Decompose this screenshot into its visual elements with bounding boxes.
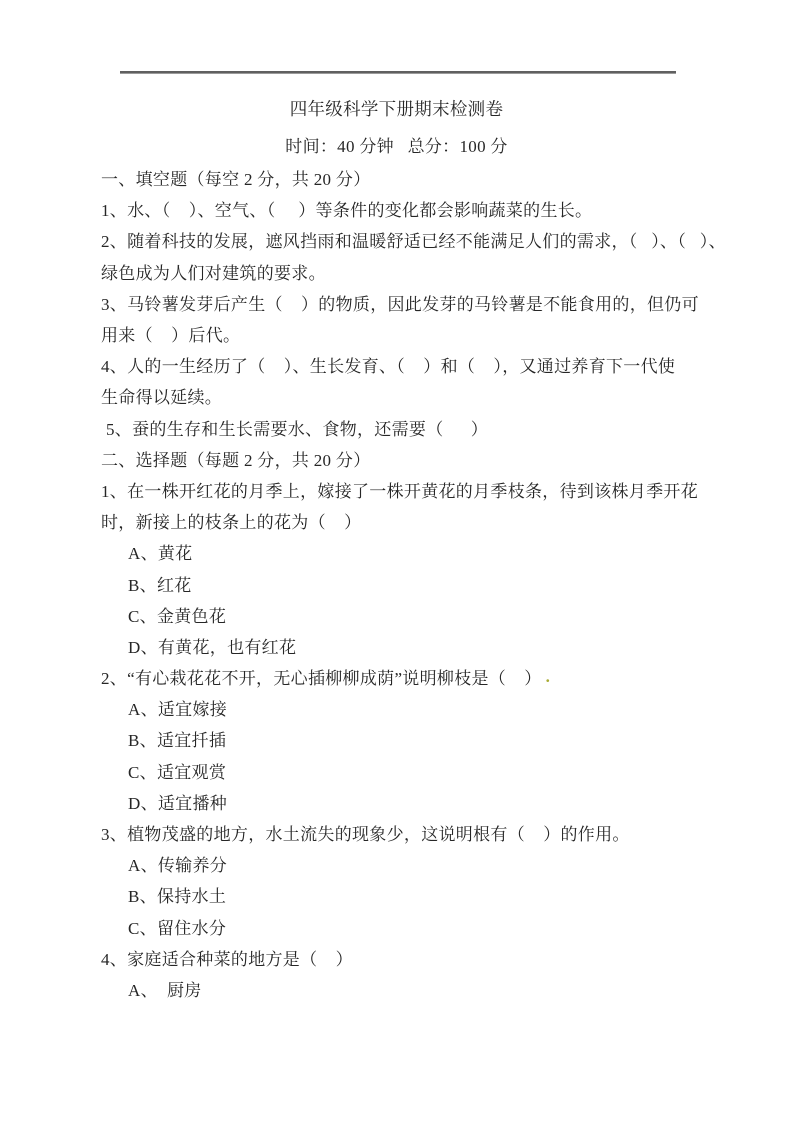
exam-title: 四年级科学下册期末检测卷 (0, 90, 793, 126)
answer-option-text: A、 厨房 (128, 976, 202, 1001)
question-stem-text: 2、“有心栽花花不开，无心插柳柳成荫”说明柳枝是（ ） (101, 664, 542, 689)
question-stem: 2、随着科技的发展，遮风挡雨和温暖舒适已经不能满足人们的需求，（ ）、（ ）、 (0, 224, 793, 255)
answer-option: C、适宜观赏 (0, 755, 793, 786)
question-stem-text: 4、家庭适合种菜的地方是（ ） (101, 945, 353, 970)
answer-option: A、适宜嫁接 (0, 692, 793, 723)
answer-option-text: C、金黄色花 (128, 602, 226, 627)
question-continuation-text: 用来（ ）后代。 (101, 321, 240, 346)
answer-option: C、金黄色花 (0, 599, 793, 630)
exam-content: 四年级科学下册期末检测卷时间：40 分钟 总分：100 分一、填空题（每空 2 … (0, 0, 793, 1004)
answer-option: A、黄花 (0, 536, 793, 567)
answer-option-text: C、适宜观赏 (128, 758, 226, 783)
section-heading: 二、选择题（每题 2 分，共 20 分） (0, 443, 793, 474)
question-continuation: 用来（ ）后代。 (0, 318, 793, 349)
answer-option-text: A、适宜嫁接 (128, 695, 227, 720)
answer-option-text: A、黄花 (128, 539, 192, 564)
exam-meta: 时间：40 分钟 总分：100 分 (0, 126, 793, 162)
answer-option-text: B、保持水土 (128, 882, 226, 907)
answer-option-text: A、传输养分 (128, 851, 227, 876)
exam-meta-text: 时间：40 分钟 总分：100 分 (285, 132, 507, 157)
question-continuation-text: 生命得以延续。 (101, 383, 222, 408)
answer-option: A、传输养分 (0, 848, 793, 879)
answer-option: A、 厨房 (0, 973, 793, 1004)
section-heading-text: 一、填空题（每空 2 分，共 20 分） (101, 165, 371, 190)
answer-option-text: B、适宜扦插 (128, 726, 226, 751)
question-stem: 4、家庭适合种菜的地方是（ ） (0, 942, 793, 973)
olive-period-mark: . (546, 667, 551, 687)
question-stem: 5、蚕的生存和生长需要水、食物，还需要（ ） (0, 412, 793, 443)
question-continuation-text: 时，新接上的枝条上的花为（ ） (101, 508, 361, 533)
question-stem: 1、水、（ ）、空气、（ ）等条件的变化都会影响蔬菜的生长。 (0, 193, 793, 224)
question-stem-text: 3、马铃薯发芽后产生（ ）的物质，因此发芽的马铃薯是不能食用的，但仍可 (101, 290, 699, 315)
question-continuation: 生命得以延续。 (0, 380, 793, 411)
question-continuation-text: 绿色成为人们对建筑的要求。 (101, 259, 326, 284)
question-continuation: 绿色成为人们对建筑的要求。 (0, 256, 793, 287)
answer-option: B、适宜扦插 (0, 723, 793, 754)
exam-title-text: 四年级科学下册期末检测卷 (290, 96, 504, 121)
question-stem-text: 2、随着科技的发展，遮风挡雨和温暖舒适已经不能满足人们的需求，（ ）、（ ）、 (101, 227, 726, 252)
answer-option: D、有黄花，也有红花 (0, 630, 793, 661)
section-heading: 一、填空题（每空 2 分，共 20 分） (0, 162, 793, 193)
answer-option-text: D、适宜播种 (128, 789, 227, 814)
question-stem-text: 3、植物茂盛的地方，水土流失的现象少，这说明根有（ ）的作用。 (101, 820, 630, 845)
question-stem-text: 4、人的一生经历了（ ）、生长发育、（ ）和（ ），又通过养育下一代使 (101, 352, 675, 377)
question-stem: 2、“有心栽花花不开，无心插柳柳成荫”说明柳枝是（ ）. (0, 661, 793, 692)
question-stem: 1、在一株开红花的月季上，嫁接了一株开黄花的月季枝条，待到该株月季开花 (0, 474, 793, 505)
answer-option: B、保持水土 (0, 879, 793, 910)
section-heading-text: 二、选择题（每题 2 分，共 20 分） (101, 446, 371, 471)
question-stem-text: 5、蚕的生存和生长需要水、食物，还需要（ ） (106, 415, 488, 440)
answer-option-text: D、有黄花，也有红花 (128, 633, 296, 658)
exam-document-page: 四年级科学下册期末检测卷时间：40 分钟 总分：100 分一、填空题（每空 2 … (0, 0, 793, 1122)
question-stem: 3、马铃薯发芽后产生（ ）的物质，因此发芽的马铃薯是不能食用的，但仍可 (0, 287, 793, 318)
answer-option: C、留住水分 (0, 911, 793, 942)
question-continuation: 时，新接上的枝条上的花为（ ） (0, 505, 793, 536)
answer-option: B、红花 (0, 567, 793, 598)
answer-option: D、适宜播种 (0, 786, 793, 817)
answer-option-text: C、留住水分 (128, 914, 226, 939)
question-stem: 3、植物茂盛的地方，水土流失的现象少，这说明根有（ ）的作用。 (0, 817, 793, 848)
question-stem-text: 1、在一株开红花的月季上，嫁接了一株开黄花的月季枝条，待到该株月季开花 (101, 477, 698, 502)
answer-option-text: B、红花 (128, 571, 192, 596)
question-stem: 4、人的一生经历了（ ）、生长发育、（ ）和（ ），又通过养育下一代使 (0, 349, 793, 380)
question-stem-text: 1、水、（ ）、空气、（ ）等条件的变化都会影响蔬菜的生长。 (101, 196, 592, 221)
